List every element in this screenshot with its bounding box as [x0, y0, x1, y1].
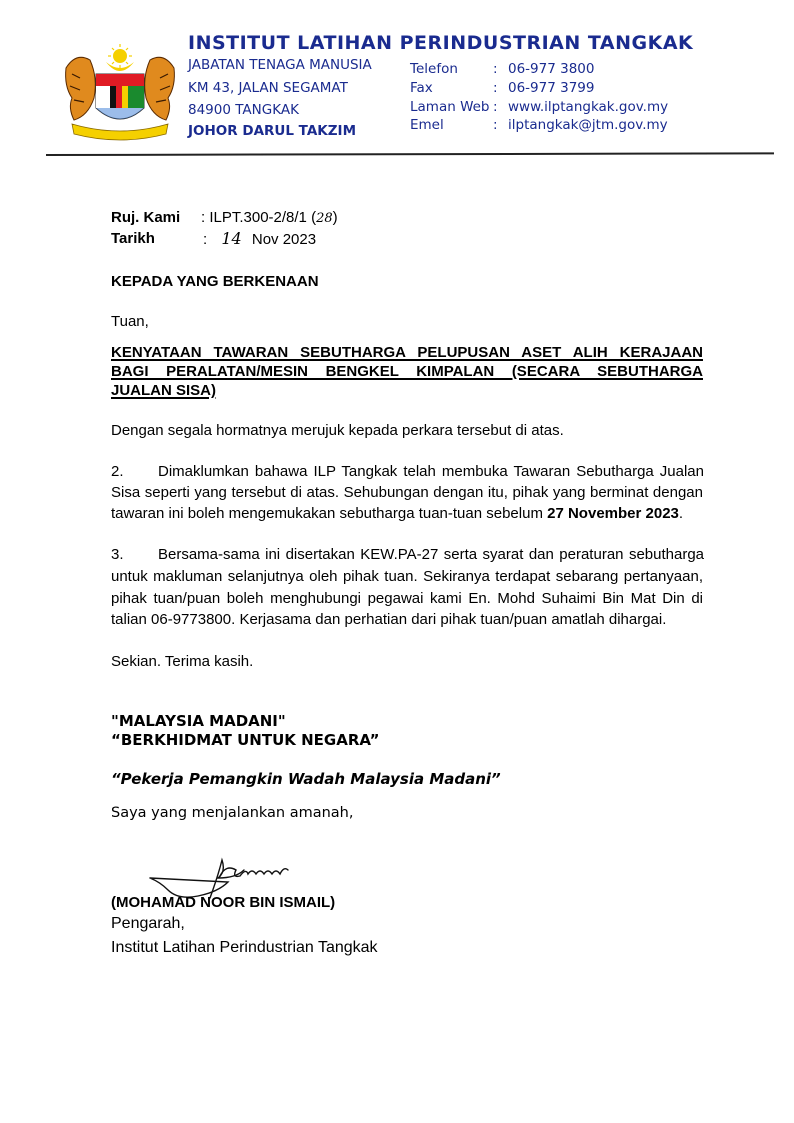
para2-line-3: tawaran ini boleh mengemukakan sebutharg…: [111, 505, 683, 523]
tarikh-handwritten-day: 14: [221, 229, 241, 248]
tarikh-label: Tarikh: [111, 230, 155, 248]
fax-value: 06-977 3799: [508, 80, 594, 96]
para3-line-3: pihak tuan/puan boleh menghubungi pegawa…: [111, 590, 703, 608]
signatory-name: (MOHAMAD NOOR BIN ISMAIL): [111, 894, 335, 912]
signatory-organization: Institut Latihan Perindustrian Tangkak: [111, 939, 378, 957]
tarikh-value: : 14 Nov 2023: [203, 230, 316, 249]
subject-line-2: BAGI PERALATAN/MESIN BENGKEL KIMPALAN (S…: [111, 363, 703, 381]
para3-line-4: talian 06-9773800. Kerjasama dan perhati…: [111, 611, 666, 629]
contact-colon: :: [493, 61, 498, 77]
para3-line-1: Bersama-sama ini disertakan KEW.PA-27 se…: [158, 546, 704, 564]
email-label: Emel: [410, 117, 444, 133]
recipient: KEPADA YANG BERKENAAN: [111, 273, 319, 291]
para2-number: 2.: [111, 463, 124, 481]
institute-name: INSTITUT LATIHAN PERINDUSTRIAN TANGKAK: [188, 32, 693, 54]
ruj-label: Ruj. Kami: [111, 209, 180, 227]
salutation: Tuan,: [111, 313, 149, 331]
tarikh-date: Nov 2023: [252, 231, 316, 248]
contact-colon: :: [493, 80, 498, 96]
subject-line-1: KENYATAAN TAWARAN SEBUTHARGA PELUPUSAN A…: [111, 344, 703, 362]
address-line-4: JOHOR DARUL TAKZIM: [188, 123, 356, 139]
motto-tagline: “Pekerja Pemangkin Wadah Malaysia Madani…: [111, 770, 501, 788]
telefon-label: Telefon: [410, 61, 458, 77]
para3-number: 3.: [111, 546, 124, 564]
para3-line-2: untuk makluman selanjutnya oleh pihak tu…: [111, 568, 703, 586]
para2-line-3-text: tawaran ini boleh mengemukakan sebutharg…: [111, 505, 547, 522]
deadline-date: 27 November 2023: [547, 505, 679, 522]
address-line-1: JABATAN TENAGA MANUSIA: [188, 57, 372, 73]
contact-colon: :: [493, 99, 498, 115]
web-label: Laman Web: [410, 99, 490, 115]
web-link[interactable]: www.ilptangkak.gov.my: [508, 99, 668, 115]
opening-sentence: Dengan segala hormatnya merujuk kepada p…: [111, 422, 564, 440]
fax-label: Fax: [410, 80, 433, 96]
sign-off: Saya yang menjalankan amanah,: [111, 805, 354, 821]
signatory-title: Pengarah,: [111, 915, 185, 933]
para2-period: .: [679, 505, 683, 522]
coat-of-arms-icon: [58, 38, 182, 142]
ruj-value: : ILPT.300-2/8/1 (28): [201, 209, 338, 228]
subject-line-3: JUALAN SISA): [111, 382, 216, 400]
motto-berkhidmat: “BERKHIDMAT UNTUK NEGARA”: [111, 731, 379, 749]
ruj-number: : ILPT.300-2/8/1 (: [201, 209, 316, 226]
ruj-close: ): [333, 209, 338, 226]
email-link[interactable]: ilptangkak@jtm.gov.my: [508, 117, 668, 133]
para2-line-1: Dimaklumkan bahawa ILP Tangkak telah mem…: [158, 463, 704, 481]
address-line-2: KM 43, JALAN SEGAMAT: [188, 80, 348, 96]
telefon-value: 06-977 3800: [508, 61, 594, 77]
ruj-handwritten: 28: [316, 211, 333, 226]
letterhead-divider: [46, 152, 774, 156]
closing: Sekian. Terima kasih.: [111, 653, 253, 671]
motto-malaysia-madani: "MALAYSIA MADANI": [111, 712, 286, 730]
para2-line-2: Sisa seperti yang tersebut di atas. Sehu…: [111, 484, 703, 502]
tarikh-colon: :: [203, 231, 207, 248]
contact-colon: :: [493, 117, 498, 133]
address-line-3: 84900 TANGKAK: [188, 102, 299, 118]
